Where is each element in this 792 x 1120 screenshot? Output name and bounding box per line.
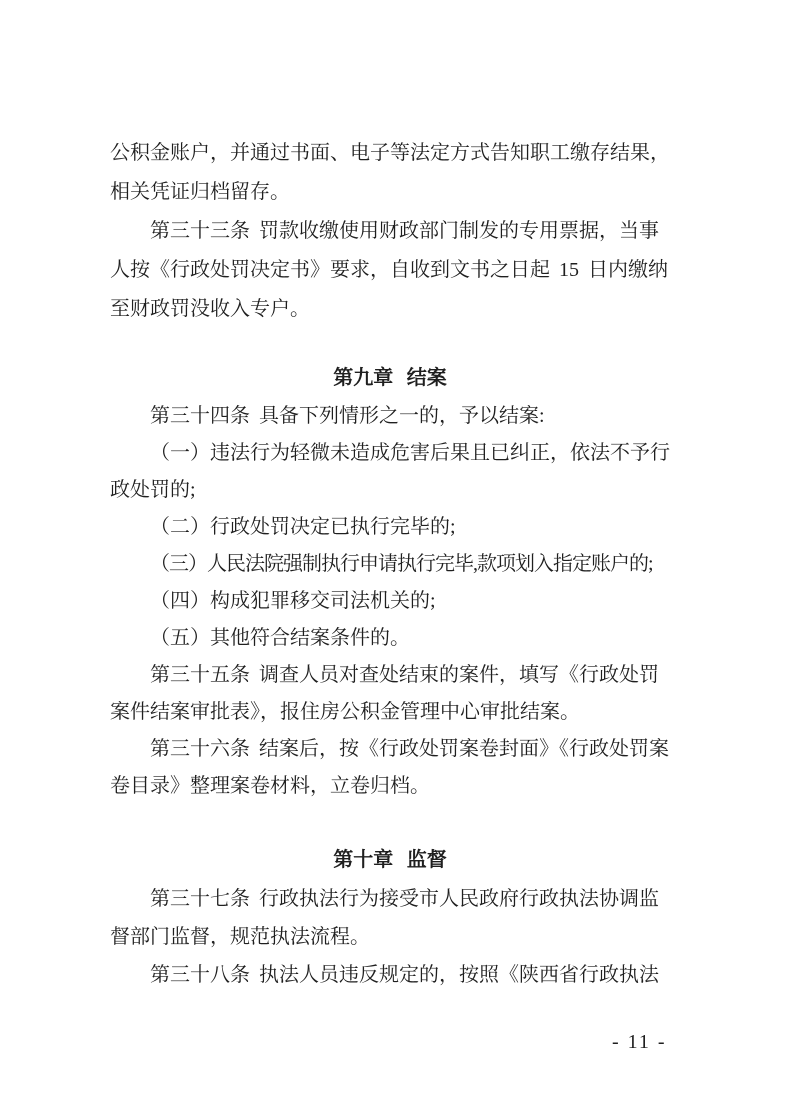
paragraph-block-chapter-10: 第三十七条 行政执法行为接受市人民政府行政执法协调监 督部门监督，规范执法流程。…: [110, 880, 694, 994]
body-line-article-37-start: 第三十七条 行政执法行为接受市人民政府行政执法协调监: [110, 880, 694, 918]
body-line-article-38-start: 第三十八条 执法人员违反规定的，按照《陕西省行政执法: [110, 956, 694, 994]
body-line-item-4: （四）构成犯罪移交司法机关的;: [110, 583, 694, 620]
chapter-9-heading: 第九章 结案: [110, 359, 670, 398]
page-number: - 11 -: [612, 1030, 667, 1054]
body-line-article-35-start: 第三十五条 调查人员对查处结束的案件，填写《行政处罚: [110, 657, 694, 694]
paragraph-block-article-32-33: 公积金账户，并通过书面、电子等法定方式告知职工缴存结果， 相关凭证归档留存。 第…: [110, 134, 694, 329]
body-line: 政处罚的;: [110, 472, 694, 509]
body-line: 督部门监督，规范执法流程。: [110, 918, 694, 956]
body-line-item-5: （五）其他符合结案条件的。: [110, 620, 694, 657]
body-line-item-2: （二）行政处罚决定已执行完毕的;: [110, 509, 694, 546]
body-line-article-36-start: 第三十六条 结案后，按《行政处罚案卷封面》《行政处罚案: [110, 731, 694, 768]
body-line: 案件结案审批表》，报住房公积金管理中心审批结案。: [110, 694, 694, 731]
body-line-article-34-start: 第三十四条 具备下列情形之一的，予以结案:: [110, 398, 694, 435]
paragraph-block-chapter-9: 第三十四条 具备下列情形之一的，予以结案: （一）违法行为轻微未造成危害后果且已…: [110, 398, 694, 805]
body-line: 公积金账户，并通过书面、电子等法定方式告知职工缴存结果，: [110, 134, 694, 173]
document-page: 公积金账户，并通过书面、电子等法定方式告知职工缴存结果， 相关凭证归档留存。 第…: [0, 0, 792, 1120]
body-line-item-1: （一）违法行为轻微未造成危害后果且已纠正，依法不予行: [110, 435, 694, 472]
document-body: 公积金账户，并通过书面、电子等法定方式告知职工缴存结果， 相关凭证归档留存。 第…: [110, 134, 694, 994]
body-line: 相关凭证归档留存。: [110, 173, 694, 212]
body-line: 人按《行政处罚决定书》要求，自收到文书之日起 15 日内缴纳: [110, 251, 694, 290]
body-line: 至财政罚没收入专户。: [110, 290, 694, 329]
body-line-item-3: （三）人民法院强制执行申请执行完毕,款项划入指定账户的;: [110, 546, 694, 583]
chapter-10-heading: 第十章 监督: [110, 841, 670, 880]
body-line-article-33-start: 第三十三条 罚款收缴使用财政部门制发的专用票据，当事: [110, 212, 694, 251]
body-line: 卷目录》整理案卷材料，立卷归档。: [110, 768, 694, 805]
